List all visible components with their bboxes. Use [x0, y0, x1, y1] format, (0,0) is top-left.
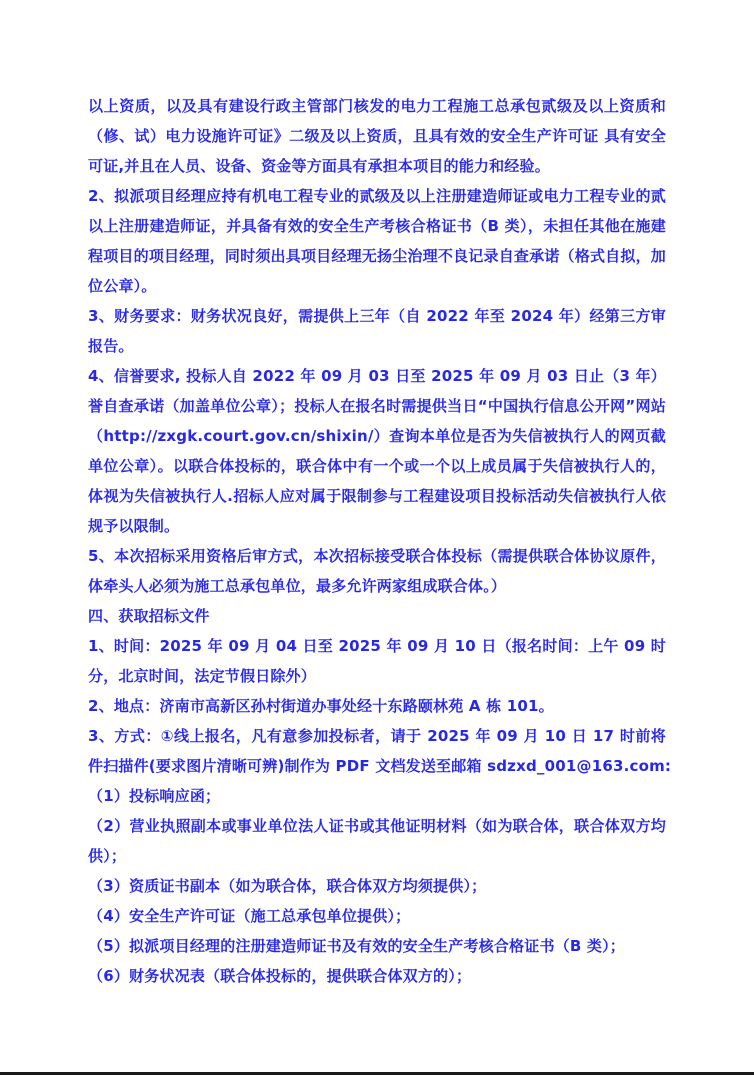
- text-line: （4）安全生产许可证（施工总承包单位提供）；: [88, 901, 666, 931]
- text-line: （2）营业执照副本或事业单位法人证书或其他证明材料（如为联合体，联合体双方均须提: [88, 811, 666, 841]
- text-line: 位公章）。: [88, 271, 666, 301]
- text-line: 可证,并且在人员、设备、资金等方面具有承担本项目的能力和经验。: [88, 151, 666, 181]
- text-line: 供）；: [88, 841, 666, 871]
- text-line: 5、本次招标采用资格后审方式，本次招标接受联合体投标（需提供联合体协议原件，联合: [88, 541, 666, 571]
- text-line: 3、财务要求：财务状况良好，需提供上三年（自 2022 年至 2024 年）经第…: [88, 301, 666, 331]
- text-line: （http://zxgk.court.gov.cn/shixin/）查询本单位是…: [88, 421, 666, 451]
- text-line: 单位公章）。以联合体投标的，联合体中有一个或一个以上成员属于失信被执行人的，联合: [88, 451, 666, 481]
- text-line: 2、拟派项目经理应持有机电工程专业的贰级及以上注册建造师证或电力工程专业的贰级及: [88, 181, 666, 211]
- page-bottom-edge: [0, 1072, 754, 1075]
- text-line: 体牵头人必须为施工总承包单位，最多允许两家组成联合体。）: [88, 571, 666, 601]
- text-line: （1）投标响应函；: [88, 781, 666, 811]
- text-line: 3、方式：①线上报名，凡有意参加投标者，请于 2025 年 09 月 10 日 …: [88, 721, 666, 751]
- text-line: （5）拟派项目经理的注册建造师证书及有效的安全生产考核合格证书（B 类）；: [88, 931, 666, 961]
- text-line: （3）资质证书副本（如为联合体，联合体双方均须提供）；: [88, 871, 666, 901]
- text-line: 程项目的项目经理，同时须出具项目经理无扬尘治理不良记录自查承诺（格式自拟，加盖单: [88, 241, 666, 271]
- text-line: 件扫描件(要求图片清晰可辨)制作为 PDF 文档发送至邮箱 sdzxd_001@…: [88, 751, 666, 781]
- text-line: 体视为失信被执行人.招标人应对属于限制参与工程建设项目投标活动失信被执行人依法依: [88, 481, 666, 511]
- text-line: 4、信誉要求, 投标人自 2022 年 09 月 03 日至 2025 年 09…: [88, 361, 666, 391]
- text-line: 2、地点：济南市高新区孙村街道办事处经十东路颐林苑 A 栋 101。: [88, 691, 666, 721]
- document-body-text: 以上资质，以及具有建设行政主管部门核发的电力工程施工总承包贰级及以上资质和《承装…: [88, 91, 666, 991]
- text-line: 1、时间：2025 年 09 月 04 日至 2025 年 09 月 10 日（…: [88, 631, 666, 661]
- text-line: 以上注册建造师证，并具备有效的安全生产考核合格证书（B 类），未担任其他在施建设…: [88, 211, 666, 241]
- text-line: （修、试）电力设施许可证》二级及以上资质，且具有效的安全生产许可证 具有安全生产…: [88, 121, 666, 151]
- text-line: 以上资质，以及具有建设行政主管部门核发的电力工程施工总承包贰级及以上资质和《承装: [88, 91, 666, 121]
- text-line: 誉自查承诺（加盖单位公章）；投标人在报名时需提供当日“中国执行信息公开网”网站: [88, 391, 666, 421]
- text-line: （6）财务状况表（联合体投标的，提供联合体双方的）；: [88, 961, 666, 991]
- text-line: 四、获取招标文件: [88, 601, 666, 631]
- text-line: 报告。: [88, 331, 666, 361]
- text-line: 规予以限制。: [88, 511, 666, 541]
- document-page: 以上资质，以及具有建设行政主管部门核发的电力工程施工总承包贰级及以上资质和《承装…: [0, 0, 754, 1076]
- text-line: 分，北京时间，法定节假日除外）: [88, 661, 666, 691]
